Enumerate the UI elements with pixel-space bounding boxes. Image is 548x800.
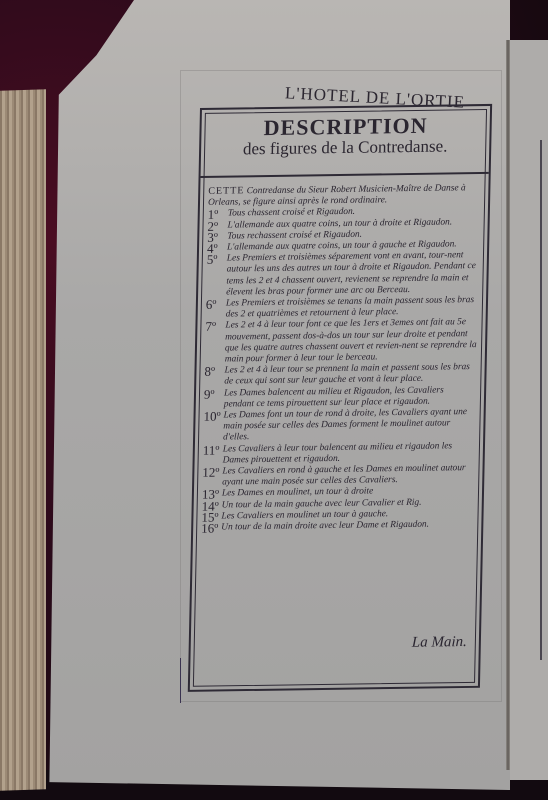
step-number: 6º [206,299,226,322]
step-number: 16º [201,523,221,534]
intro-text: Contredanse du Sieur Robert Musicien-Maî… [208,183,466,208]
figure-step: 10ºLes Dames font un tour de rond à droi… [203,407,476,444]
step-text: Les 2 et 4 à leur tour font ce que les 1… [225,317,478,365]
ink-mark [180,658,181,703]
figure-step: 12ºLes Cavaliers en rond à gauche et les… [202,463,475,489]
step-number: 12º [202,467,222,490]
intro-lead: CETTE [208,185,244,197]
step-number: 7º [205,321,226,366]
step-number: 10º [203,411,224,445]
step-number: 5º [206,254,227,299]
step-number: 9º [204,388,224,411]
step-text: Les Dames font un tour de rond à droite,… [223,407,476,444]
signature: La Main. [412,634,467,652]
book-page-edges [0,89,46,791]
step-text: Les Premiers et troisièmes séparement vo… [226,250,479,298]
description-text: CETTE Contredanse du Sieur Robert Musici… [201,182,480,534]
step-text: Les Cavaliers en rond à gauche et les Da… [222,463,475,489]
step-number: 8º [204,366,224,389]
figure-step: 7ºLes 2 et 4 à leur tour font ce que les… [205,317,478,366]
right-page-engraving-frame [540,140,548,660]
step-number: 11º [202,444,222,467]
page-subtitle: des figures de la Contredanse. [201,136,490,160]
engraved-frame: DESCRIPTION des figures de la Contredans… [188,104,492,692]
title-block: DESCRIPTION des figures de la Contredans… [201,112,490,160]
figure-step: 5ºLes Premiers et troisièmes séparement … [206,250,479,299]
photo-scene: L'HOTEL DE L'ORTIE DESCRIPTION des figur… [0,0,548,800]
